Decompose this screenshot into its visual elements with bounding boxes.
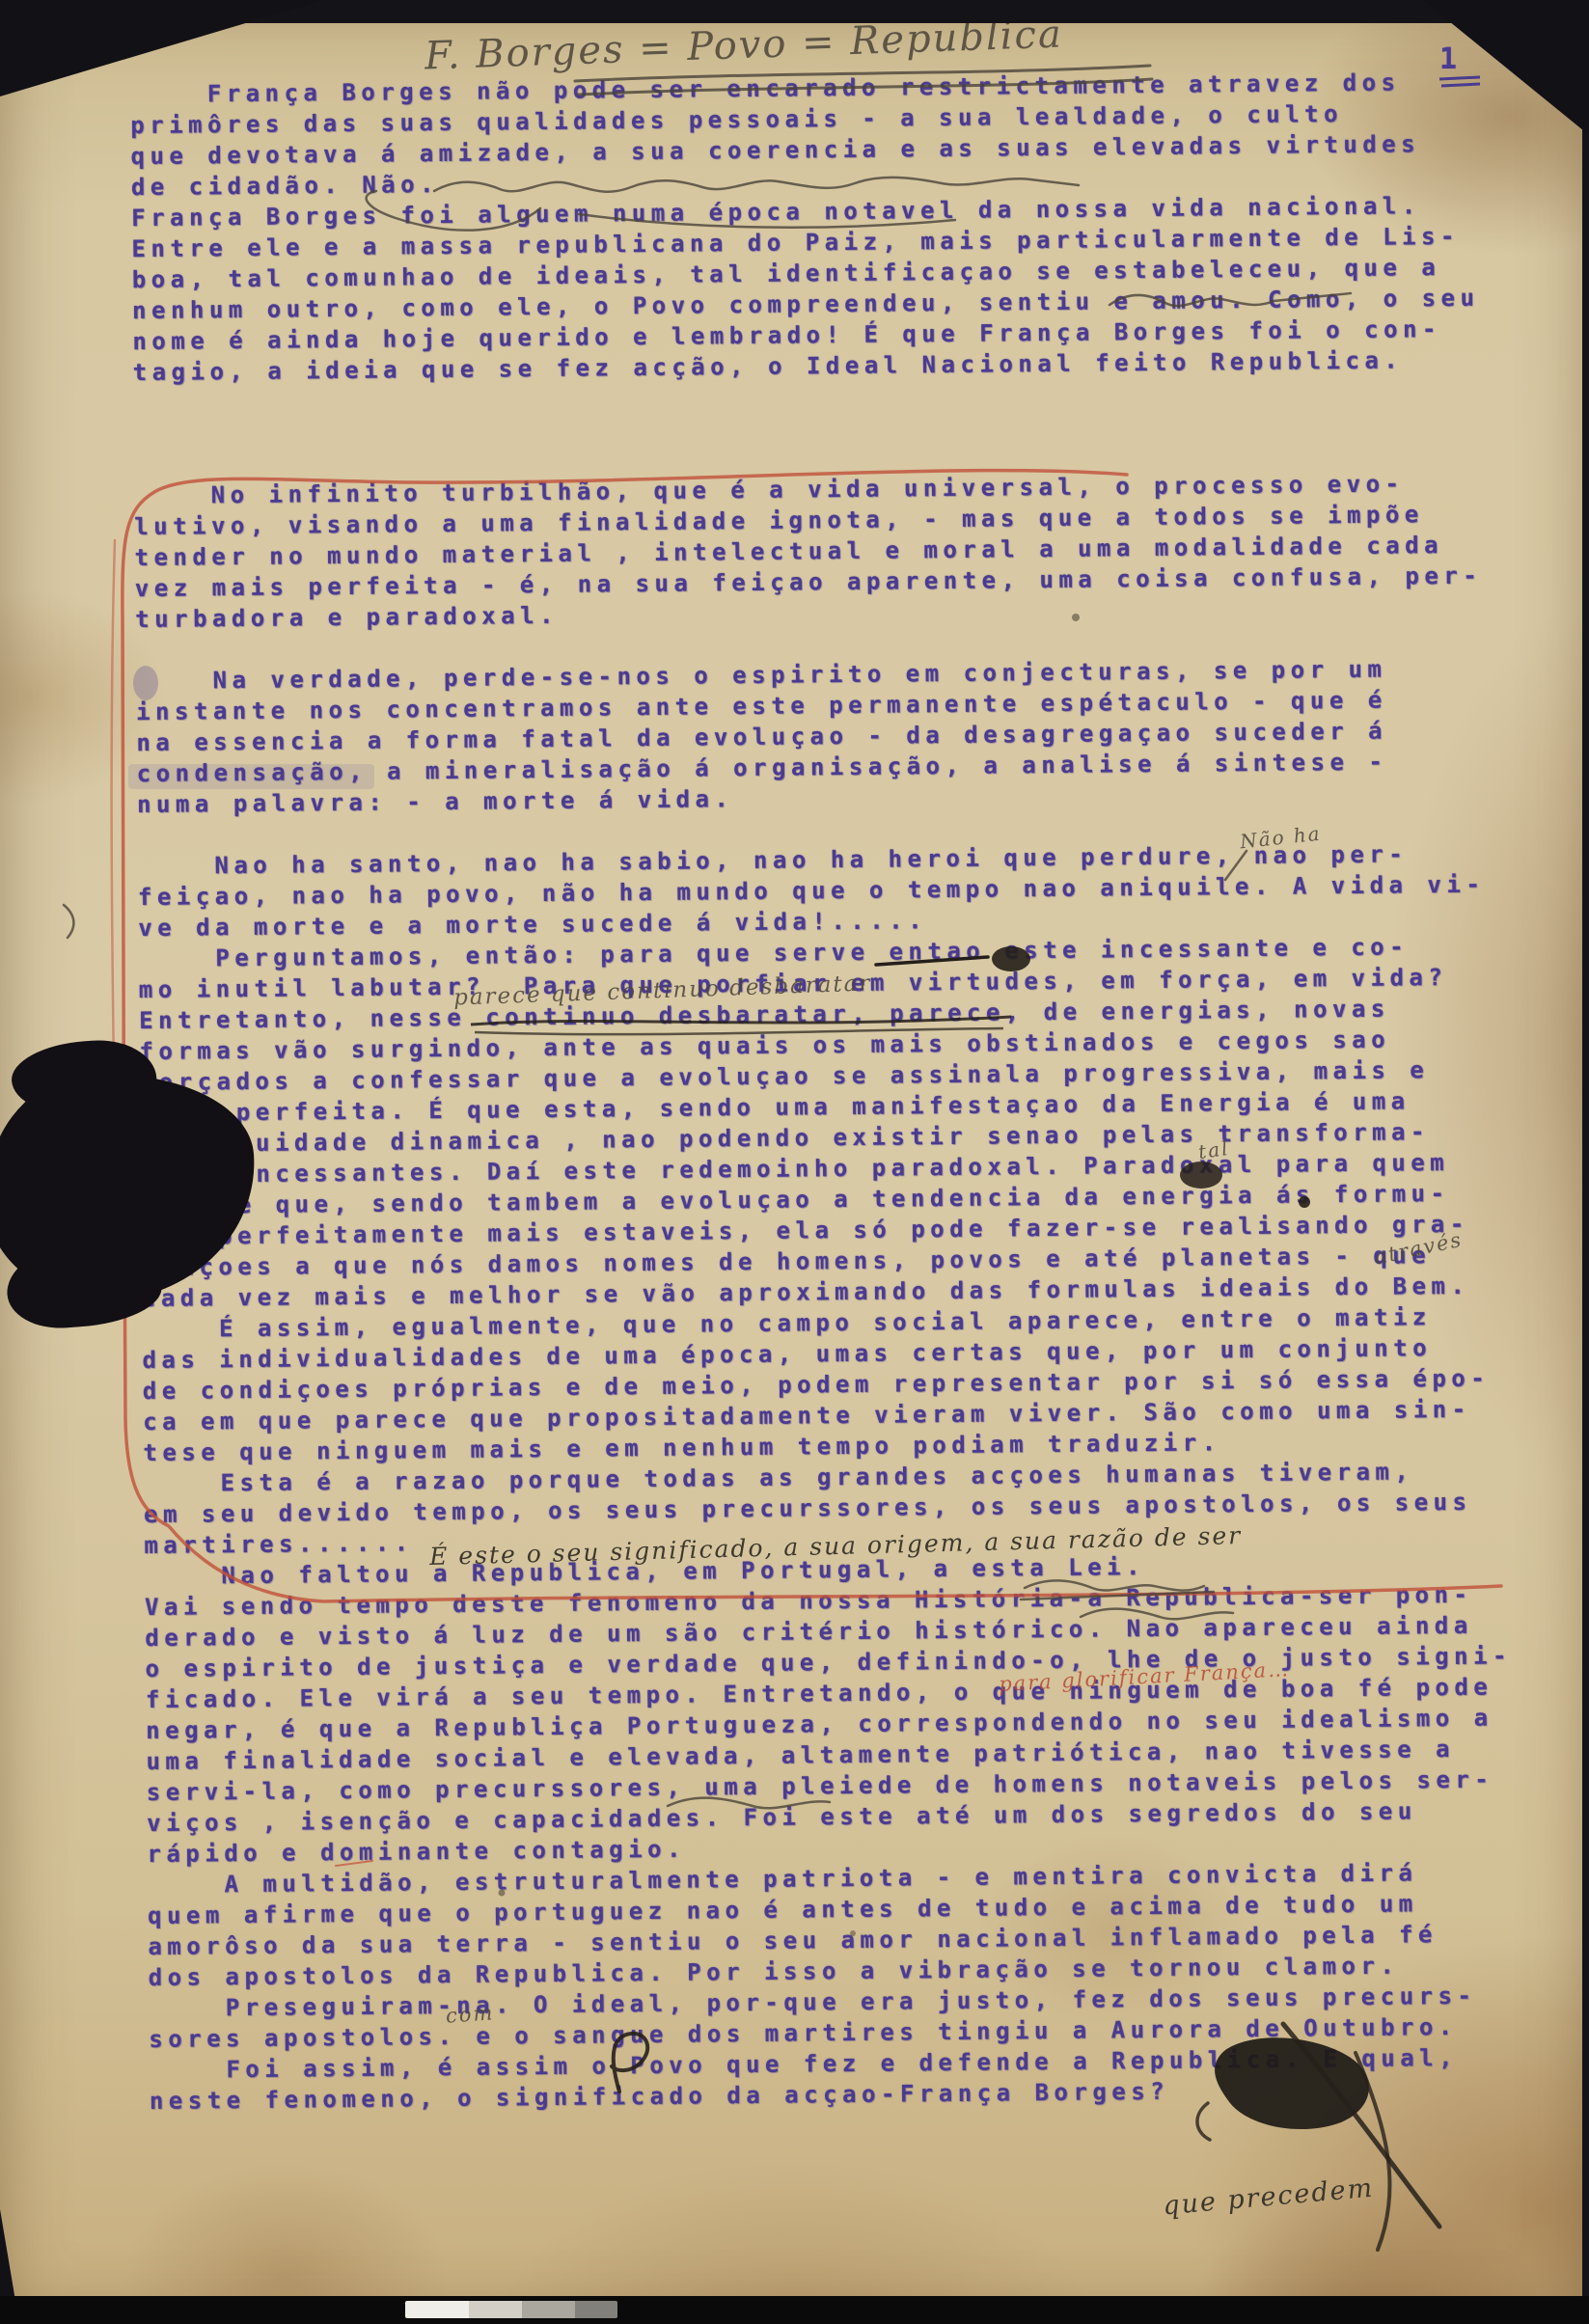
page-number: 1 <box>1439 42 1457 76</box>
torn-hole-fragment <box>4 1239 164 1331</box>
torn-hole-fragment <box>10 1036 159 1118</box>
grayscale-calibration-chip <box>405 2301 617 2318</box>
handwritten-bottom-note: que precedem <box>1162 2173 1375 2221</box>
scanner-bed-right-edge <box>1582 0 1589 2324</box>
torn-corner-bottom-left <box>0 2209 15 2301</box>
handwritten-tal: tal <box>1196 1136 1230 1163</box>
handwritten-com: com <box>445 2001 495 2027</box>
scanned-document-page: França Borges não pode ser encarado rest… <box>0 0 1589 2324</box>
typed-text-body: França Borges não pode ser encarado rest… <box>130 68 1558 2119</box>
scanner-bar <box>0 2296 1589 2324</box>
